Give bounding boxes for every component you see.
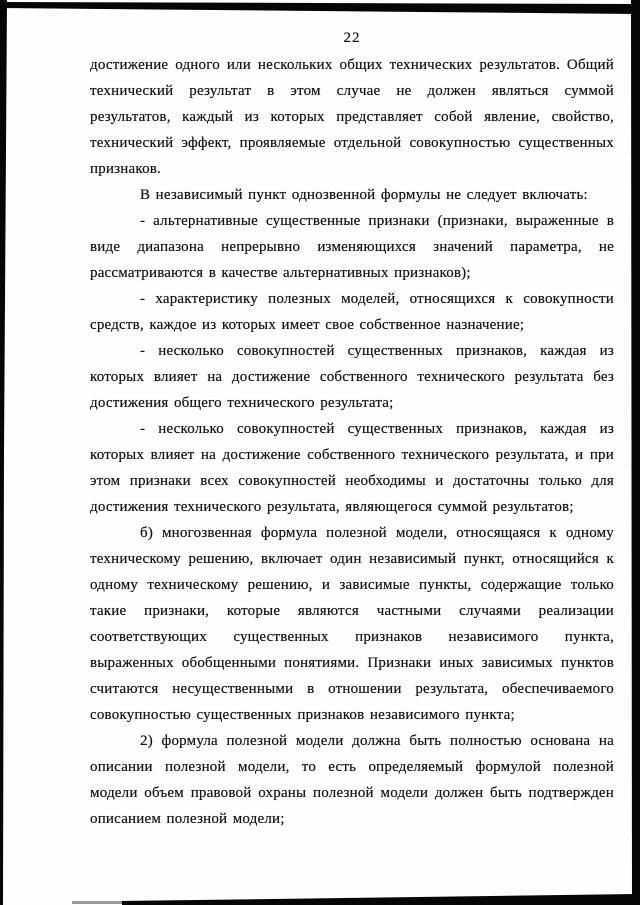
paragraph: - альтернативные существенные признаки (… [90,208,614,286]
scan-border-top-icon [0,2,640,14]
page-number: 22 [90,30,614,47]
document-page: 22 достижение одного или нескольких общи… [0,0,640,905]
document-body-text: достижение одного или нескольких общих т… [90,52,614,832]
scan-mark-bottom-icon [72,901,122,904]
paragraph: - несколько совокупностей существенных п… [90,416,614,520]
scan-border-bottom-icon [122,894,640,905]
paragraph: - несколько совокупностей существенных п… [90,338,614,416]
paragraph: б) многозвенная формула полезной модели,… [90,520,614,728]
paragraph: В независимый пункт однозвенной формулы … [90,182,614,208]
paragraph: 2) формула полезной модели должна быть п… [90,728,614,832]
paragraph: достижение одного или нескольких общих т… [90,52,614,182]
paragraph: - характеристику полезных моделей, относ… [90,286,614,338]
scan-border-left-icon [0,0,7,905]
scan-border-right-icon [631,0,640,905]
